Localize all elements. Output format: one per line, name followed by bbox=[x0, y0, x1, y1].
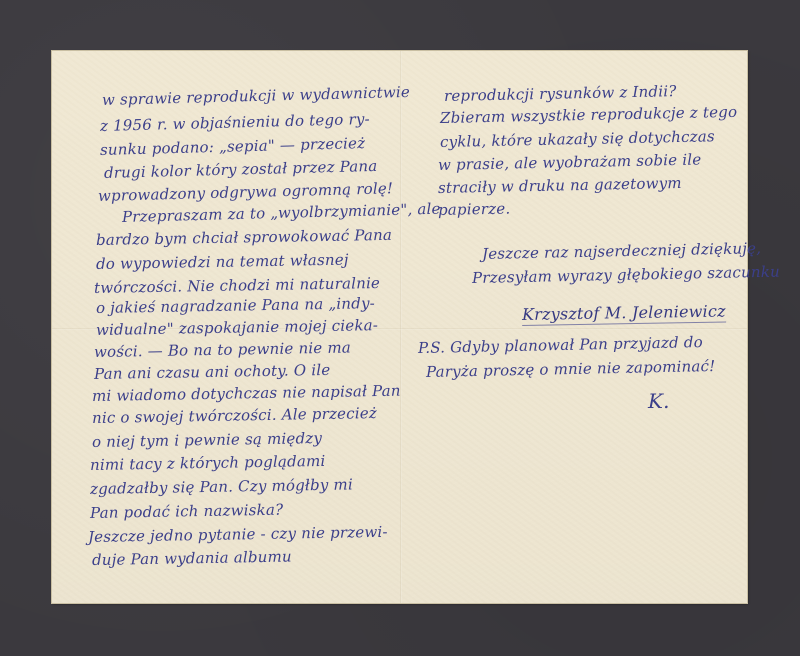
left-line-1: w sprawie reprodukcji w wydawnictwie bbox=[102, 83, 410, 109]
vertical-fold-line bbox=[400, 51, 402, 603]
closing-line-2: Przesyłam wyrazy głębokiego szacunku bbox=[472, 263, 780, 287]
left-line-17: nimi tacy z których poglądami bbox=[90, 452, 326, 474]
right-line-4: w prasie, ale wyobrażam sobie ile bbox=[438, 150, 702, 174]
left-line-13: Pan ani czasu ani ochoty. O ile bbox=[94, 361, 331, 383]
initial-signature: K. bbox=[648, 389, 670, 413]
right-line-3: cyklu, które ukazały się dotychczas bbox=[440, 127, 715, 151]
left-line-4: drugi kolor który został przez Pana bbox=[104, 157, 378, 182]
signature: Krzysztof M. Jeleniewicz bbox=[522, 301, 726, 326]
left-line-19: Pan podać ich nazwiska? bbox=[90, 501, 284, 522]
left-line-3: sunku podano: „sepia" — przecież bbox=[100, 134, 366, 159]
left-line-2: z 1956 r. w objaśnieniu do tego ry- bbox=[100, 110, 370, 135]
postscript-line-1: P.S. Gdyby planował Pan przyjazd do bbox=[418, 333, 703, 357]
right-line-5: straciły w druku na gazetowym bbox=[438, 174, 682, 197]
left-line-15: nic o swojej twórczości. Ale przecież bbox=[92, 404, 377, 427]
left-line-6: Przepraszam za to „wyolbrzymianie", ale bbox=[122, 200, 441, 226]
left-line-12: wości. — Bo na to pewnie nie ma bbox=[94, 339, 351, 361]
left-line-9: twórczości. Nie chodzi mi naturalnie bbox=[94, 274, 380, 297]
closing-line-1: Jeszcze raz najserdeczniej dziękuję, bbox=[482, 239, 762, 263]
left-line-21: duje Pan wydania albumu bbox=[92, 548, 292, 569]
right-line-6: papierze. bbox=[438, 199, 511, 219]
right-line-1: reprodukcji rysunków z Indii? bbox=[444, 82, 677, 105]
left-line-18: zgadzałby się Pan. Czy mógłby mi bbox=[90, 475, 353, 498]
left-line-20: Jeszcze jedno pytanie - czy nie przewi- bbox=[88, 523, 388, 546]
left-line-10: o jakieś nagradzanie Pana na „indy- bbox=[96, 294, 375, 317]
right-line-2: Zbieram wszystkie reprodukcje z tego bbox=[440, 103, 738, 127]
left-line-11: widualne" zaspokajanie mojej cieka- bbox=[96, 316, 378, 339]
left-line-7: bardzo bym chciał sprowokować Pana bbox=[96, 226, 392, 249]
postscript-line-2: Paryża proszę o mnie nie zapominać! bbox=[426, 357, 716, 381]
left-line-16: o niej tym i pewnie są między bbox=[92, 429, 322, 451]
left-line-8: do wypowiedzi na temat własnej bbox=[96, 251, 349, 273]
letter-sheet: w sprawie reprodukcji w wydawnictwie z 1… bbox=[52, 51, 747, 603]
left-line-14: mi wiadomo dotychczas nie napisał Pan bbox=[92, 382, 401, 405]
